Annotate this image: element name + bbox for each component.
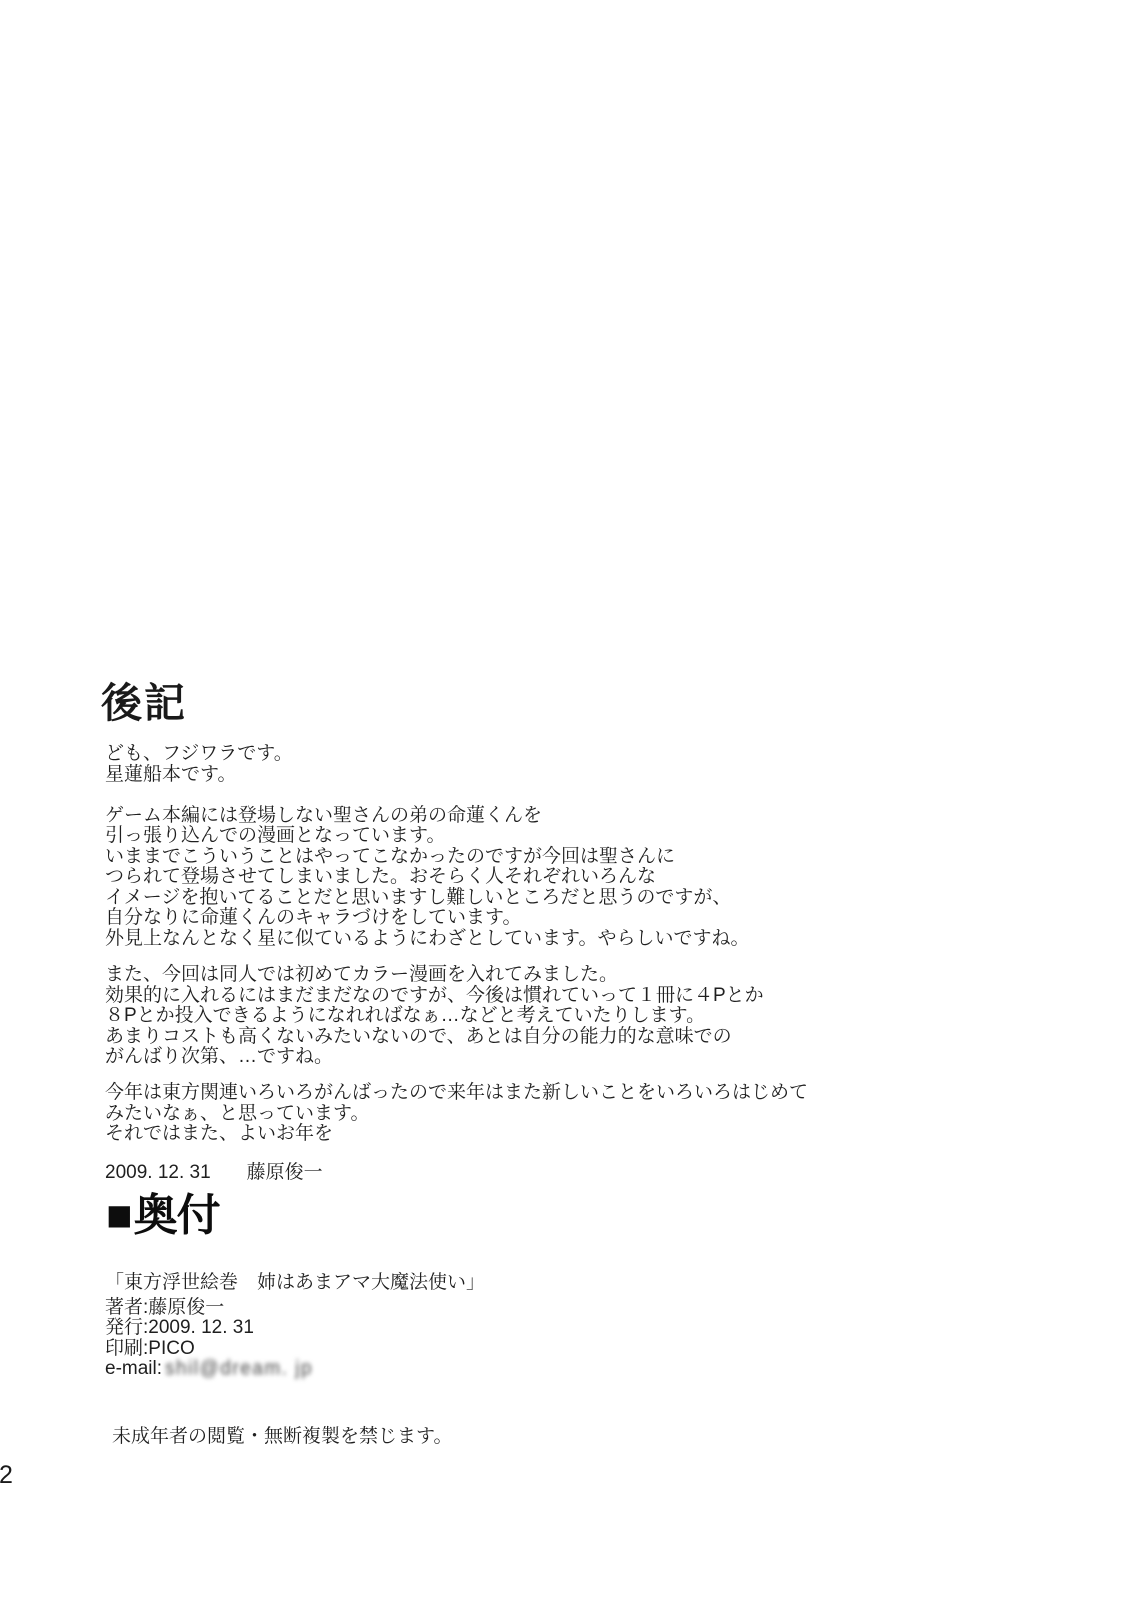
email-label: e-mail:	[105, 1358, 162, 1379]
text-line: みたいなぁ、と思っています。	[105, 1104, 808, 1125]
square-bullet-icon: ■	[106, 1192, 132, 1240]
text-line: 自分なりに命蓮くんのキャラづけをしています。	[105, 908, 808, 929]
page-number: 2	[0, 1461, 13, 1489]
text-line: 引っ張り込んでの漫画となっています。	[105, 826, 808, 847]
text-line: 今年は東方関連いろいろがんばったので来年はまた新しいことをいろいろはじめて	[105, 1083, 808, 1104]
afterword-signature: 藤原俊一	[247, 1163, 323, 1184]
text-line: いままでこういうことはやってこなかったのですが今回は聖さんに	[105, 847, 808, 868]
censored-email: shil@dream. jp	[165, 1357, 313, 1379]
afterword-date: 2009. 12. 31	[105, 1163, 211, 1184]
afterword-body: ども、フジワラです。 星蓮船本です。 ゲーム本編には登場しない聖さんの弟の命蓮く…	[105, 744, 808, 1184]
colophon-email-line: e-mail: shil@dream. jp	[105, 1358, 485, 1379]
colophon-printer: 印刷:PICO	[105, 1338, 485, 1359]
paragraph-characters: ゲーム本編には登場しない聖さんの弟の命蓮くんを 引っ張り込んでの漫画となっていま…	[105, 806, 808, 950]
text-line: がんばり次第、…ですね。	[105, 1047, 808, 1068]
text-line: 効果的に入れるにはまだまだなのですが、今後は慣れていって１冊に４Pとか	[105, 986, 808, 1007]
intro-paragraph: ども、フジワラです。 星蓮船本です。	[105, 744, 808, 785]
colophon-author: 著者:藤原俊一	[105, 1297, 485, 1318]
scanned-afterword-page: 後記 ども、フジワラです。 星蓮船本です。 ゲーム本編には登場しない聖さんの弟の…	[0, 0, 1128, 1600]
text-line: イメージを抱いてることだと思いますし難しいところだと思うのですが、	[105, 888, 808, 909]
text-line: それではまた、よいお年を	[105, 1124, 808, 1145]
paragraph-color-pages: また、今回は同人では初めてカラー漫画を入れてみました。 効果的に入れるにはまだま…	[105, 965, 808, 1068]
age-restriction-notice: 未成年者の閲覧・無断複製を禁じます。	[112, 1426, 452, 1448]
afterword-title: 後記	[101, 681, 187, 725]
colophon-published: 発行:2009. 12. 31	[105, 1317, 485, 1338]
colophon-heading: ■奥付	[106, 1192, 220, 1240]
text-line: つられて登場させてしまいました。おそらく人それぞれいろんな	[105, 867, 808, 888]
paragraph-closing: 今年は東方関連いろいろがんばったので来年はまた新しいことをいろいろはじめて みた…	[105, 1083, 808, 1145]
text-line: あまりコストも高くないみたいないので、あとは自分の能力的な意味での	[105, 1027, 808, 1048]
date-signature-line: 2009. 12. 31 藤原俊一	[105, 1163, 808, 1184]
text-line: 星蓮船本です。	[105, 765, 808, 786]
book-title: 「東方浮世絵巻 姉はあまアマ大魔法使い」	[105, 1272, 485, 1293]
text-line: ゲーム本編には登場しない聖さんの弟の命蓮くんを	[105, 806, 808, 827]
text-line: また、今回は同人では初めてカラー漫画を入れてみました。	[105, 965, 808, 986]
text-line: ども、フジワラです。	[105, 744, 808, 765]
text-line: ８Pとか投入できるようになれればなぁ…などと考えていたりします。	[105, 1006, 808, 1027]
text-line: 外見上なんとなく星に似ているようにわざとしています。やらしいですね。	[105, 929, 808, 950]
colophon-heading-label: 奥付	[134, 1191, 220, 1240]
colophon-block: 「東方浮世絵巻 姉はあまアマ大魔法使い」 著者:藤原俊一 発行:2009. 12…	[105, 1272, 485, 1379]
